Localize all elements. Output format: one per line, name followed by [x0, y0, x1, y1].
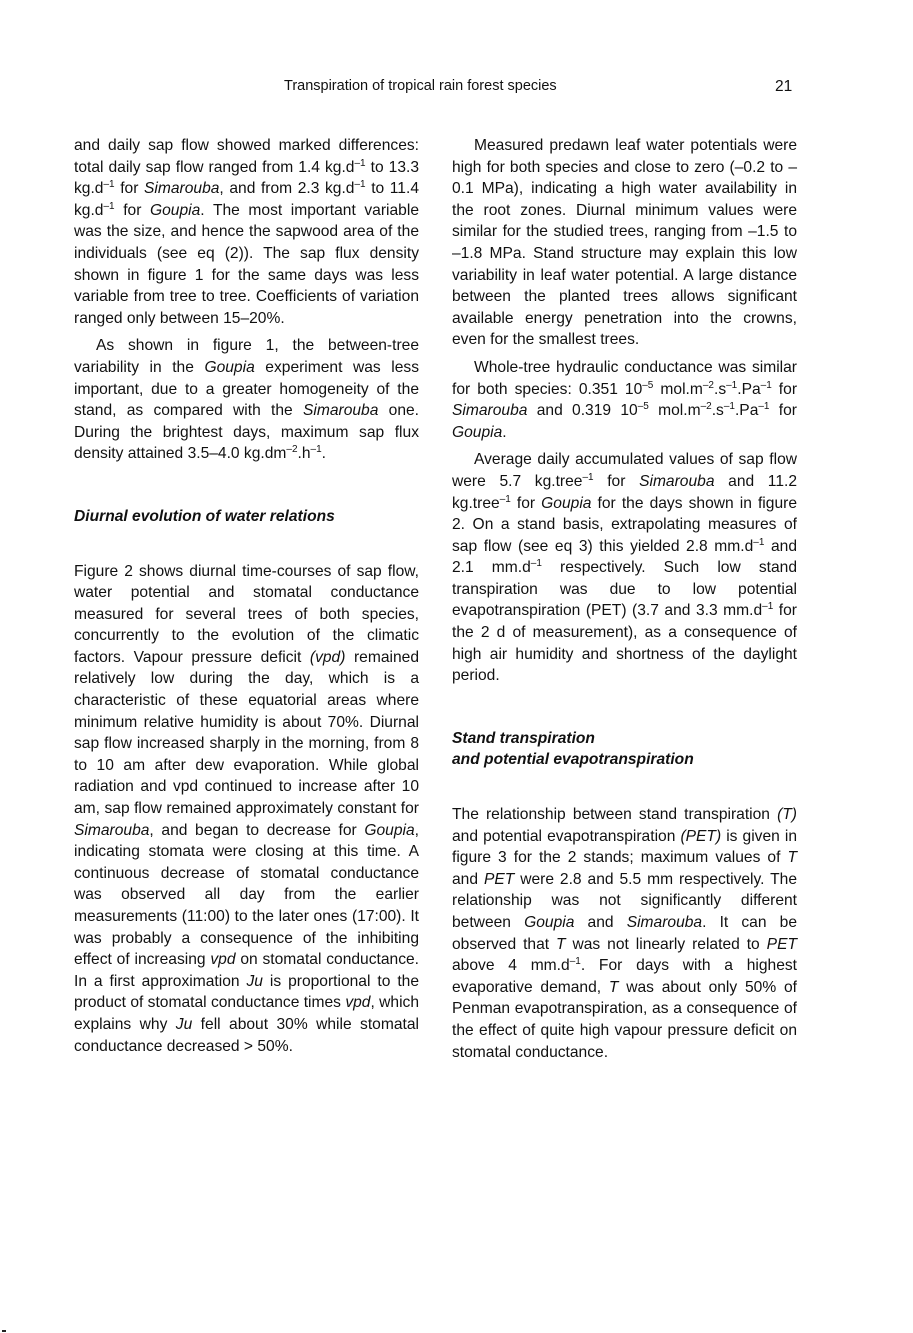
species-name: Goupia — [541, 495, 591, 512]
running-title: Transpiration of tropical rain forest sp… — [284, 78, 557, 94]
paragraph-leaf-water-potentials: Measured predawn leaf water potentials w… — [452, 135, 797, 351]
section-heading-diurnal-evolution: Diurnal evolution of water relations — [74, 506, 419, 528]
species-name: Goupia — [364, 822, 414, 839]
species-name: Goupia — [524, 914, 574, 931]
spacer — [74, 528, 419, 561]
spacer — [452, 771, 797, 804]
species-name: Goupia — [204, 359, 254, 376]
species-name: Simarouba — [74, 822, 149, 839]
paragraph-sap-flow-differences: and daily sap flow showed marked differe… — [74, 135, 419, 329]
page-number: 21 — [775, 78, 792, 96]
species-name: Simarouba — [627, 914, 702, 931]
running-header: Transpiration of tropical rain forest sp… — [0, 78, 913, 100]
species-name: Goupia — [150, 202, 200, 219]
species-name: Simarouba — [144, 180, 219, 197]
species-name: Simarouba — [303, 402, 378, 419]
species-name: Simarouba — [639, 473, 714, 490]
spacer — [74, 465, 419, 506]
right-column: Measured predawn leaf water potentials w… — [452, 135, 797, 1063]
section-heading-stand-transpiration: Stand transpirationand potential evapotr… — [452, 728, 797, 771]
paragraph-transpiration-vs-pet: The relationship between stand transpira… — [452, 804, 797, 1063]
species-name: Simarouba — [452, 402, 527, 419]
species-name: Goupia — [452, 424, 502, 441]
scan-mark — [2, 1330, 6, 1332]
paragraph-between-tree-variability: As shown in figure 1, the between-tree v… — [74, 335, 419, 465]
left-column: and daily sap flow showed marked differe… — [74, 135, 419, 1057]
paragraph-hydraulic-conductance: Whole-tree hydraulic conductance was sim… — [452, 357, 797, 443]
paragraph-diurnal-time-courses: Figure 2 shows diurnal time-courses of s… — [74, 561, 419, 1058]
spacer — [452, 687, 797, 728]
paragraph-accumulated-sap-flow: Average daily accumulated values of sap … — [452, 449, 797, 687]
